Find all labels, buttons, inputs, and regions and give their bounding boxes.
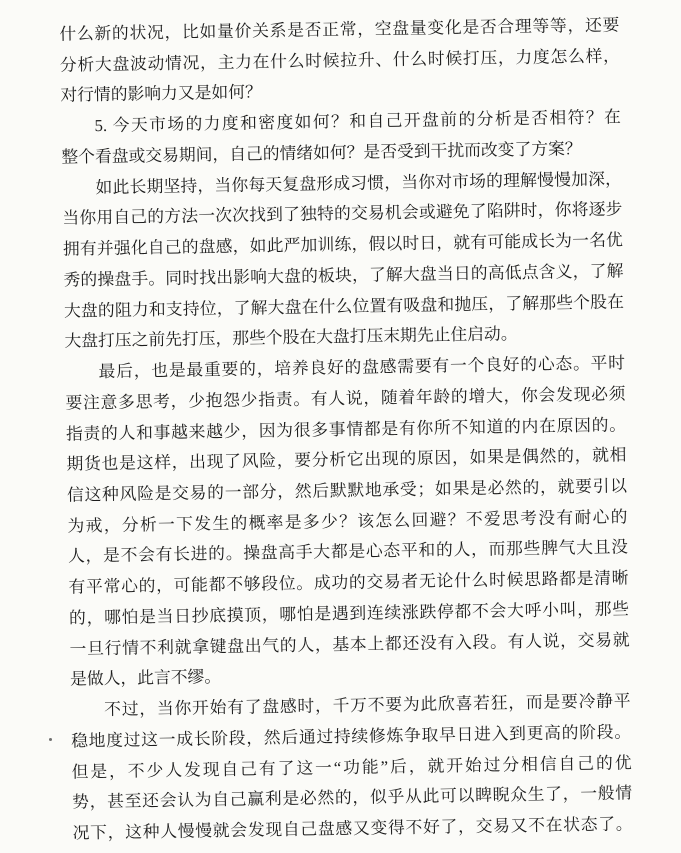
text-block: 什么新的状况，比如量价关系是否正常，空盘量变化是否合理等等，还要分析大盘波动情况… [59,10,633,849]
scanned-book-page: 什么新的状况，比如量价关系是否正常，空盘量变化是否合理等等，还要分析大盘波动情况… [0,0,681,853]
scan-speck [49,738,52,741]
